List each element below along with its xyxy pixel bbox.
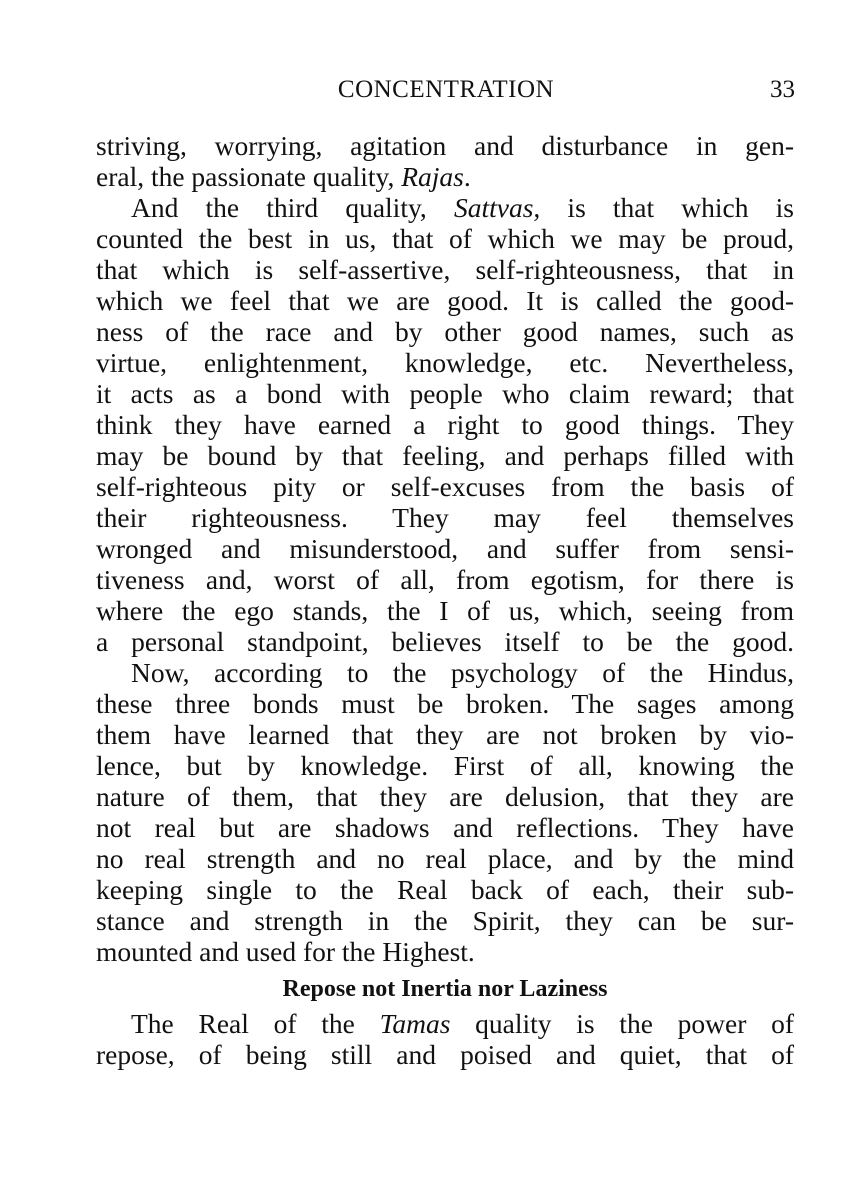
text-line: counted the best in us, that of which we…: [96, 223, 794, 254]
running-title: CONCENTRATION: [97, 76, 795, 104]
text-line: that which is self-assertive, self-right…: [96, 254, 794, 285]
text-line: self-righteous pity or self-excuses from…: [96, 471, 794, 502]
text-line: And the third quality, Sattvas, is that …: [131, 192, 794, 223]
text-line: which we feel that we are good. It is ca…: [96, 285, 794, 316]
text-line: a personal standpoint, believes itself t…: [96, 626, 794, 657]
running-head: CONCENTRATION 33: [97, 76, 795, 108]
text-line: where the ego stands, the I of us, which…: [96, 595, 794, 626]
text-line: their righteousness. They may feel thems…: [96, 502, 794, 533]
text-line: them have learned that they are not brok…: [96, 719, 794, 750]
text-line: stance and strength in the Spirit, they …: [96, 905, 794, 936]
text-line: it acts as a bond with people who claim …: [96, 378, 794, 409]
text-line: mounted and used for the Highest.: [96, 936, 794, 967]
text-line: no real strength and no real place, and …: [96, 843, 794, 874]
text-line: repose, of being still and poised and qu…: [96, 1039, 794, 1070]
section-subheading: Repose not Inertia nor Laziness: [96, 974, 794, 1004]
book-page: CONCENTRATION 33 striving, worrying, agi…: [0, 0, 868, 1189]
text-line: Now, according to the psychology of the …: [131, 657, 794, 688]
text-line: eral, the passionate quality, Rajas.: [96, 161, 794, 192]
text-line: keeping single to the Real back of each,…: [96, 874, 794, 905]
text-span: eral, the passionate quality,: [96, 161, 401, 192]
text-line: The Real of the Tamas quality is the pow…: [131, 1008, 794, 1039]
text-line: ness of the race and by other good names…: [96, 316, 794, 347]
italic-term: Tamas: [380, 1008, 451, 1039]
text-span: The Real of the: [131, 1008, 380, 1039]
italic-term: Rajas: [401, 161, 464, 192]
text-line: may be bound by that feeling, and perhap…: [96, 440, 794, 471]
text-span: And the third quality,: [131, 192, 454, 223]
text-line: think they have earned a right to good t…: [96, 409, 794, 440]
page-number: 33: [770, 76, 795, 104]
text-line: these three bonds must be broken. The sa…: [96, 688, 794, 719]
text-line: lence, but by knowledge. First of all, k…: [96, 750, 794, 781]
text-line: wronged and misunderstood, and suffer fr…: [96, 533, 794, 564]
text-line: not real but are shadows and reflections…: [96, 812, 794, 843]
text-span: is that which is: [540, 192, 794, 223]
text-span: .: [464, 161, 471, 192]
text-span: quality is the power of: [450, 1008, 794, 1039]
text-line: nature of them, that they are delusion, …: [96, 781, 794, 812]
italic-term: Sattvas,: [454, 192, 540, 223]
text-line: striving, worrying, agitation and distur…: [96, 130, 794, 161]
text-line: virtue, enlightenment, knowledge, etc. N…: [96, 347, 794, 378]
text-line: tiveness and, worst of all, from egotism…: [96, 564, 794, 595]
